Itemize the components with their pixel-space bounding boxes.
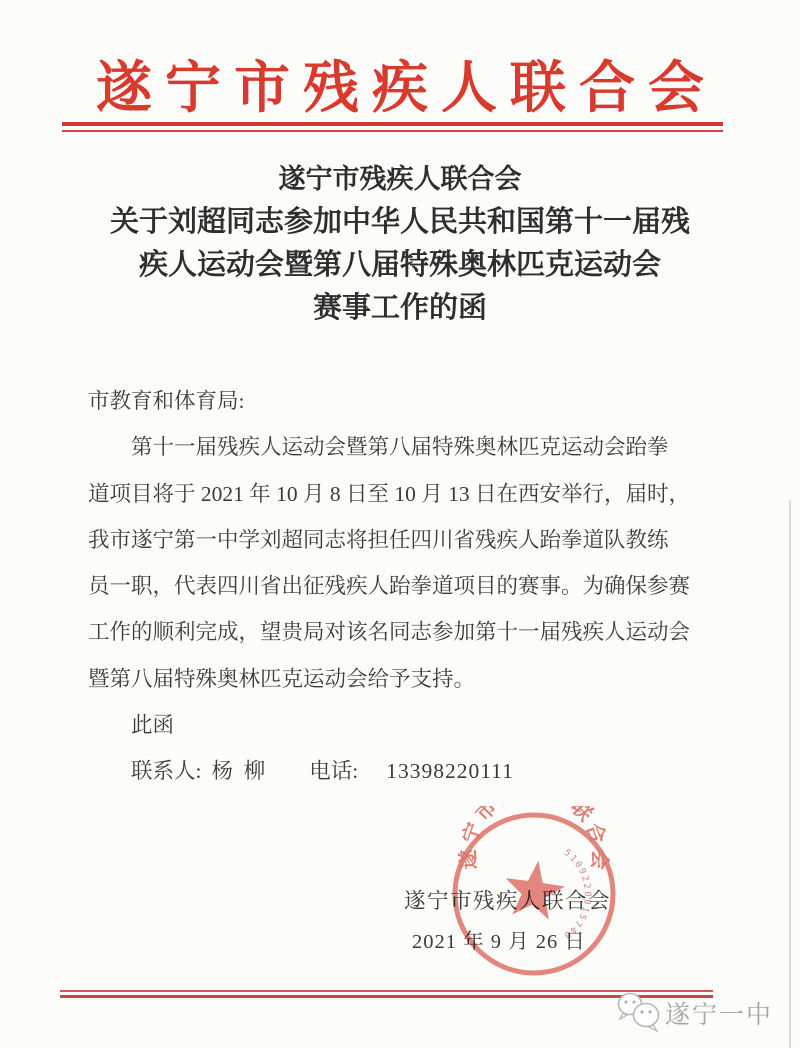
closing-phrase: 此函	[88, 702, 728, 748]
document-title: 遂宁市残疾人联合会 关于刘超同志参加中华人民共和国第十一届残 疾人运动会暨第八届…	[0, 158, 800, 330]
scan-edge-artifact	[789, 500, 791, 1048]
body-line: 道项目将于 2021 年 10 月 8 日至 10 月 13 日在西安举行，届时…	[88, 471, 728, 517]
body-line: 工作的顺利完成，望贵局对该名同志参加第十一届残疾人运动会	[88, 609, 728, 655]
official-seal-stamp-icon: 遂宁市残疾人联合会 5109220015740	[446, 806, 622, 982]
letter-body: 市教育和体育局: 第十一届残疾人运动会暨第八届特殊奥林匹克运动会跆拳 道项目将于…	[88, 378, 728, 795]
document-title-line-4: 赛事工作的函	[0, 287, 800, 330]
letterhead-divider	[62, 122, 723, 132]
body-line: 员一职，代表四川省出征残疾人跆拳道项目的赛事。为确保参赛	[88, 563, 728, 609]
contact-name: 杨 柳	[211, 748, 265, 794]
letterhead-org-title: 遂宁市残疾人联合会	[0, 44, 800, 124]
seal-serial-number: 5109220015740	[560, 848, 592, 941]
contact-label: 联系人:	[131, 748, 201, 794]
wechat-logo-icon	[613, 988, 663, 1036]
body-line: 第十一届残疾人运动会暨第八届特殊奥林匹克运动会跆拳	[88, 424, 728, 470]
scanned-letter-page: 遂宁市残疾人联合会 遂宁市残疾人联合会 关于刘超同志参加中华人民共和国第十一届残…	[0, 0, 800, 1048]
seal-star-icon	[501, 857, 568, 922]
salutation: 市教育和体育局:	[88, 378, 728, 424]
document-title-line-3: 疾人运动会暨第八届特殊奥林匹克运动会	[0, 244, 800, 287]
phone-number: 13398220111	[386, 748, 514, 794]
contact-row: 联系人: 杨 柳 电话: 13398220111	[88, 748, 728, 794]
letterhead-divider-thin-line	[62, 130, 723, 132]
letterhead-divider-thick-line	[62, 122, 723, 126]
document-title-line-1: 遂宁市残疾人联合会	[0, 158, 800, 201]
phone-label: 电话:	[309, 748, 358, 794]
body-line: 暨第八届特殊奥林匹克运动会给予支持。	[88, 656, 728, 702]
svg-text:5109220015740: 5109220015740	[560, 848, 592, 941]
body-line: 我市遂宁第一中学刘超同志将担任四川省残疾人跆拳道队教练	[88, 517, 728, 563]
document-title-line-2: 关于刘超同志参加中华人民共和国第十一届残	[0, 201, 800, 244]
watermark-school-name: 遂宁一中	[665, 995, 773, 1031]
